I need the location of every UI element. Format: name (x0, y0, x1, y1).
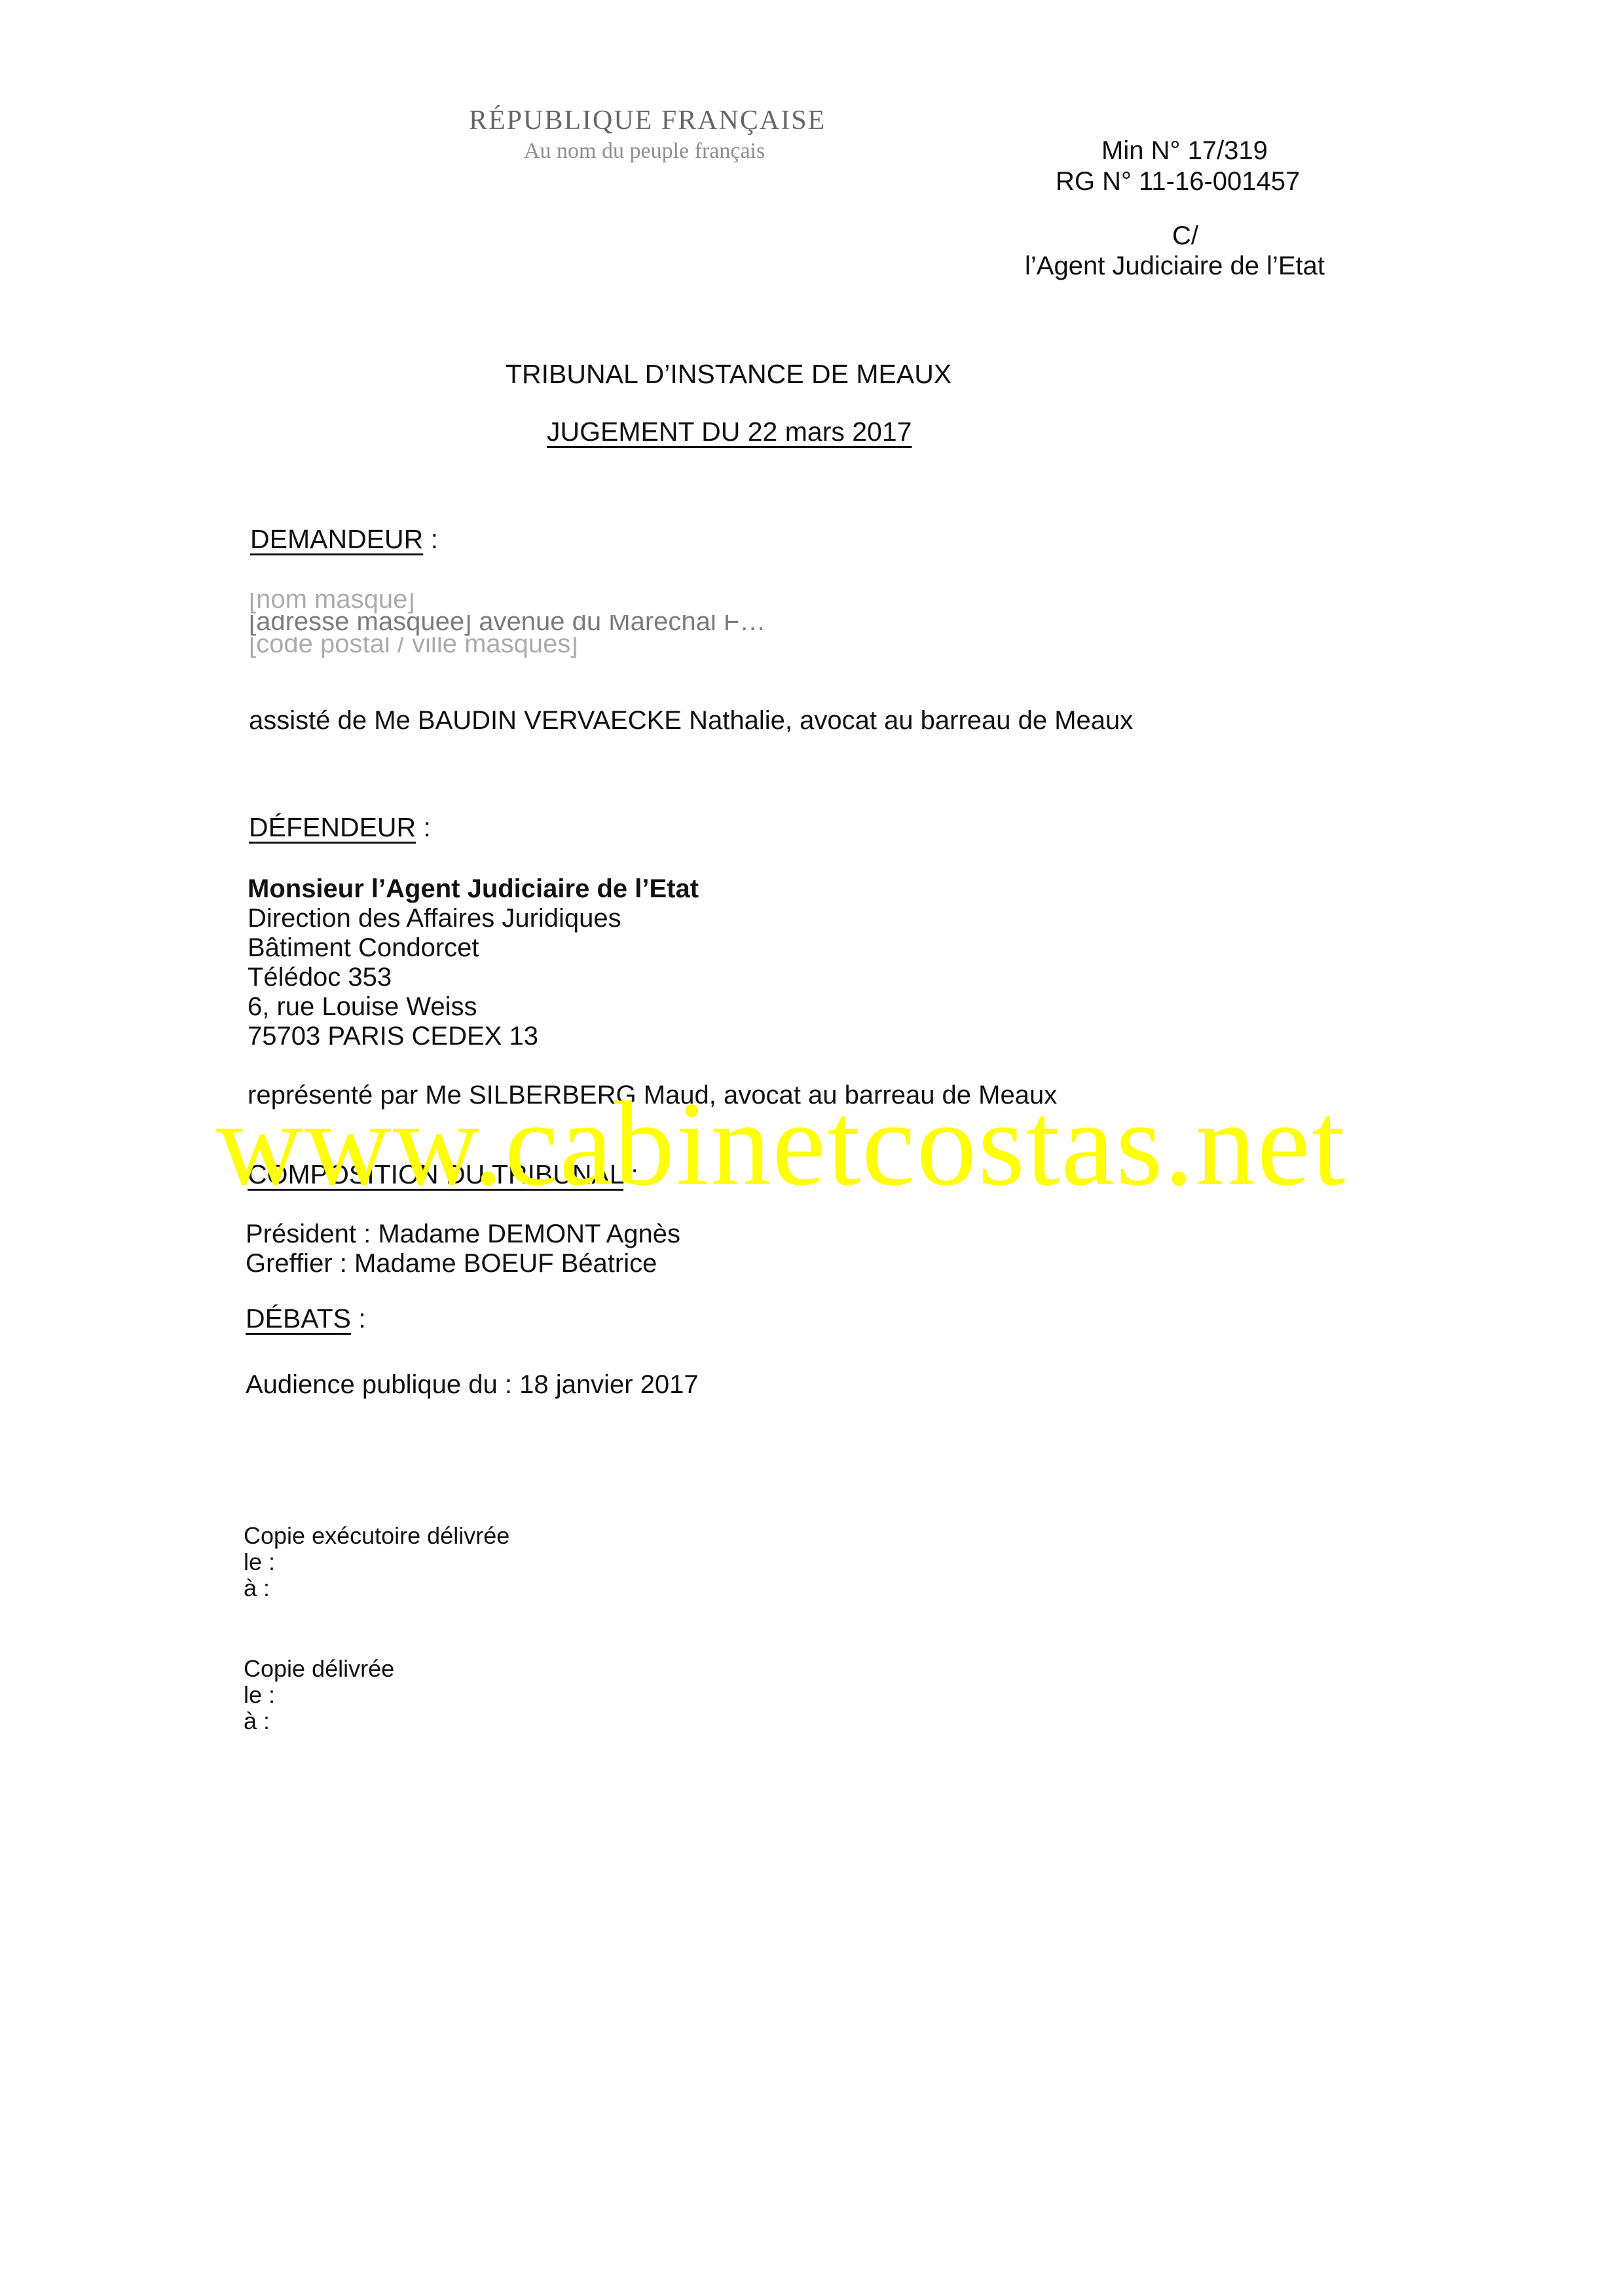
copy-executory-block: Copie exécutoire délivrée le : à : (244, 1523, 509, 1601)
greffier: Greffier : Madame BOEUF Béatrice (246, 1249, 680, 1278)
copy-title: Copie délivrée (244, 1656, 394, 1682)
debats-section-label: DÉBATS : (246, 1303, 366, 1334)
copy-recipient: à : (244, 1708, 394, 1734)
tribunal-members: Président : Madame DEMONT Agnès Greffier… (246, 1220, 680, 1278)
defendant-section-label: DÉFENDEUR : (249, 812, 431, 843)
copy-block: Copie délivrée le : à : (244, 1656, 394, 1734)
copy-recipient: à : (244, 1575, 509, 1601)
watermark-url: www.cabinetcostas.net (216, 1074, 1346, 1213)
minute-number: Min N° 17/319 (1101, 135, 1268, 166)
address-line: 75703 PARIS CEDEX 13 (248, 1022, 621, 1051)
judgment-title: JUGEMENT DU 22 mars 2017 (547, 417, 912, 447)
address-line: Direction des Affaires Juridiques (248, 904, 621, 933)
redacted-line: [nom masqué] (249, 593, 415, 615)
rg-number: RG N° 11-16-001457 (1056, 166, 1300, 197)
president: Président : Madame DEMONT Agnès (246, 1220, 680, 1249)
plaintiff-counsel: assisté de Me BAUDIN VERVAECKE Nathalie,… (249, 706, 1133, 736)
address-line: Bâtiment Condorcet (248, 933, 621, 963)
redacted-line: [adresse masquée] avenue du Maréchal F… (249, 615, 766, 637)
republic-motto: Au nom du peuple français (524, 139, 765, 164)
defendant-label: DÉFENDEUR (249, 812, 416, 842)
hearing-date: Audience publique du : 18 janvier 2017 (246, 1370, 699, 1400)
defendant-name: Monsieur l’Agent Judiciaire de l’Etat (248, 874, 699, 904)
copy-title: Copie exécutoire délivrée (244, 1523, 509, 1549)
court-name: TRIBUNAL D’INSTANCE DE MEAUX (506, 359, 951, 390)
address-line: Télédoc 353 (248, 963, 621, 992)
label-colon: : (424, 812, 431, 842)
defendant-address: Direction des Affaires Juridiques Bâtime… (248, 904, 621, 1051)
debats-label: DÉBATS (246, 1303, 351, 1334)
contra-label: C/ (1172, 220, 1198, 252)
plaintiff-redacted-address: [nom masqué] [adresse masquée] avenue du… (249, 593, 766, 660)
copy-date: le : (244, 1549, 509, 1575)
label-colon: : (431, 524, 438, 554)
republic-heading: RÉPUBLIQUE FRANÇAISE (469, 105, 826, 136)
plaintiff-section-label: DEMANDEUR : (250, 524, 438, 555)
label-colon: : (358, 1303, 365, 1334)
redacted-line: [code postal / ville masqués] (249, 637, 578, 660)
plaintiff-label: DEMANDEUR (250, 524, 423, 554)
copy-date: le : (244, 1682, 394, 1708)
address-line: 6, rue Louise Weiss (248, 992, 621, 1022)
opposing-party: l’Agent Judiciaire de l’Etat (1025, 250, 1325, 282)
